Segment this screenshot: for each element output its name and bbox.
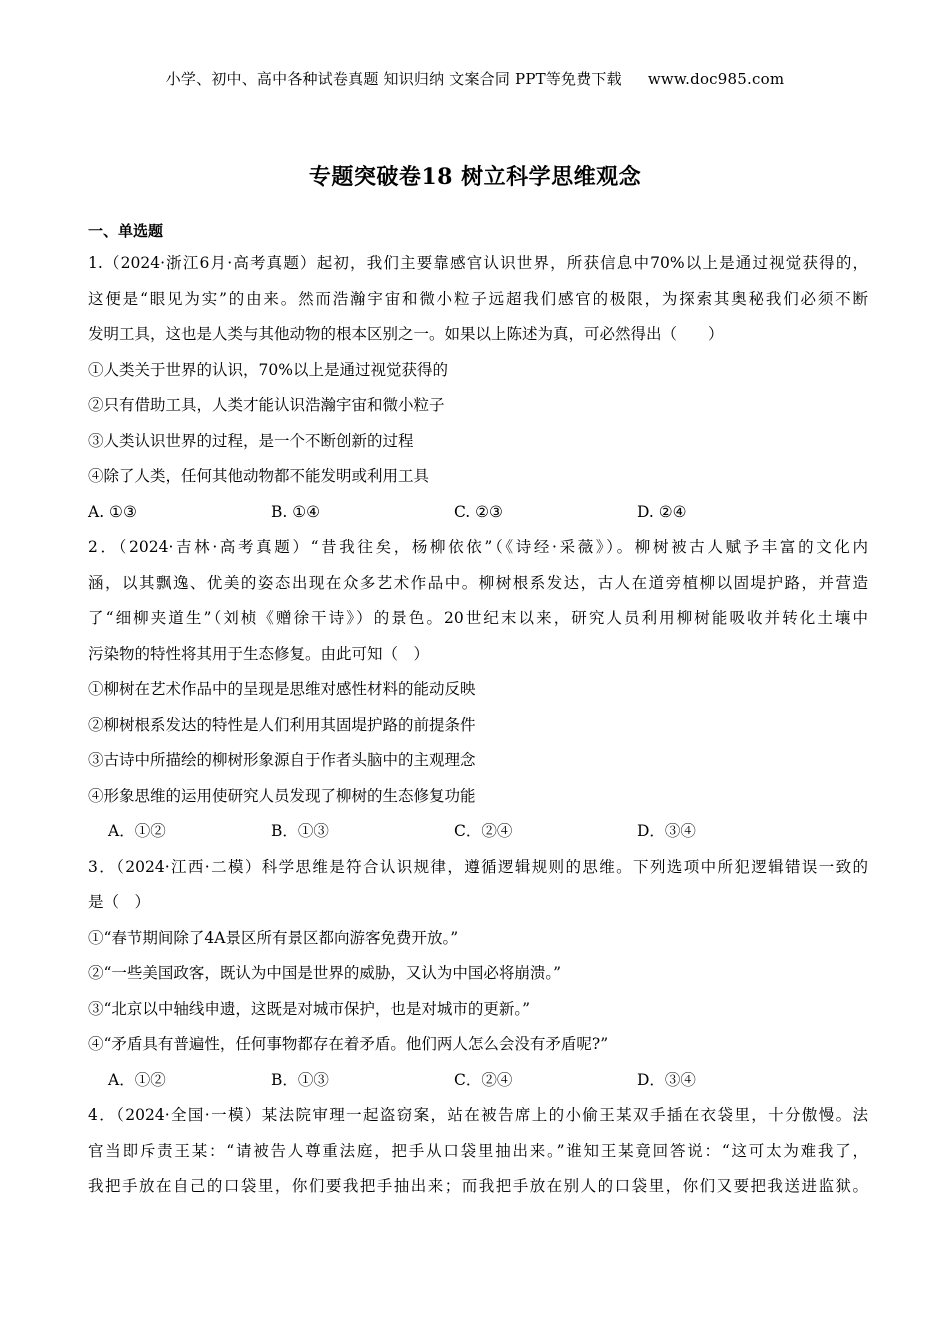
question-stem-line: 发明工具，这也是人类与其他动物的根本区别之一。如果以上陈述为真，可必然得出（ ）	[88, 321, 868, 357]
header-text: 小学、初中、高中各种试卷真题 知识归纳 文案合同 PPT等免费下载	[166, 70, 622, 88]
statement: ③“北京以中轴线申遗，这既是对城市保护，也是对城市的更新。”	[88, 996, 868, 1032]
statement: ③古诗中所描绘的柳树形象源自于作者头脑中的主观理念	[88, 747, 868, 783]
question-stem-line: 3．（2024·江西·二模）科学思维是符合认识规律，遵循逻辑规则的思维。下列选项…	[88, 854, 868, 890]
question-stem-line: 2．（2024·吉林·高考真题）“昔我往矣，杨柳依依”（《诗经·采薇》）。柳树被…	[88, 534, 868, 570]
statement: ④“矛盾具有普遍性，任何事物都存在着矛盾。他们两人怎么会没有矛盾呢?”	[88, 1031, 868, 1067]
question-stem-line: 污染物的特性将其用于生态修复。由此可知（ ）	[88, 641, 868, 677]
statement: ②柳树根系发达的特性是人们利用其固堤护路的前提条件	[88, 712, 868, 748]
option-c: C. ②③	[454, 499, 637, 535]
header-site: www.doc985.com	[648, 70, 784, 88]
option-a: A．①②	[108, 1067, 271, 1103]
option-c: C．②④	[454, 1067, 637, 1103]
answer-options: A. ①③ B. ①④ C. ②③ D. ②④	[88, 499, 868, 535]
question-stem-line: 我把手放在自己的口袋里，你们要我把手抽出来；而我把手放在别人的口袋里，你们又要把…	[88, 1173, 868, 1209]
question-stem-line: 涵，以其飘逸、优美的姿态出现在众多艺术作品中。柳树根系发达，古人在道旁植柳以固堤…	[88, 570, 868, 606]
question-stem-line: 1.（2024·浙江6月·高考真题）起初，我们主要靠感官认识世界，所获信息中70…	[88, 250, 868, 286]
question-2: 2．（2024·吉林·高考真题）“昔我往矣，杨柳依依”（《诗经·采薇》）。柳树被…	[88, 534, 868, 854]
section-heading: 一、单选题	[88, 220, 163, 241]
statement: ③人类认识世界的过程，是一个不断创新的过程	[88, 428, 868, 464]
option-b: B. ①④	[271, 499, 454, 535]
option-a: A．①②	[108, 818, 271, 854]
option-d: D. ②④	[637, 499, 820, 535]
statement: ④形象思维的运用使研究人员发现了柳树的生态修复功能	[88, 783, 868, 819]
question-stem-line: 这便是“眼见为实”的由来。然而浩瀚宇宙和微小粒子远超我们感官的极限，为探索其奥秘…	[88, 286, 868, 322]
statement: ①“春节期间除了4A景区所有景区都向游客免费开放。”	[88, 925, 868, 961]
page-title: 专题突破卷18 树立科学思维观念	[0, 160, 950, 191]
option-d: D．③④	[637, 1067, 820, 1103]
question-stem-line: 4．（2024·全国·一模）某法院审理一起盗窃案，站在被告席上的小偷王某双手插在…	[88, 1102, 868, 1138]
statement: ②只有借助工具，人类才能认识浩瀚宇宙和微小粒子	[88, 392, 868, 428]
answer-options: A．①② B．①③ C．②④ D．③④	[88, 818, 868, 854]
option-c: C．②④	[454, 818, 637, 854]
option-b: B．①③	[271, 1067, 454, 1103]
question-3: 3．（2024·江西·二模）科学思维是符合认识规律，遵循逻辑规则的思维。下列选项…	[88, 854, 868, 1103]
option-d: D．③④	[637, 818, 820, 854]
statement: ①人类关于世界的认识，70%以上是通过视觉获得的	[88, 357, 868, 393]
page-header: 小学、初中、高中各种试卷真题 知识归纳 文案合同 PPT等免费下载www.doc…	[0, 68, 950, 89]
question-1: 1.（2024·浙江6月·高考真题）起初，我们主要靠感官认识世界，所获信息中70…	[88, 250, 868, 534]
option-b: B．①③	[271, 818, 454, 854]
statement: ②“一些美国政客，既认为中国是世界的威胁，又认为中国必将崩溃。”	[88, 960, 868, 996]
option-a: A. ①③	[88, 499, 271, 535]
statement: ①柳树在艺术作品中的呈现是思维对感性材料的能动反映	[88, 676, 868, 712]
question-stem-line: 官当即斥责王某：“请被告人尊重法庭，把手从口袋里抽出来。”谁知王某竟回答说：“这…	[88, 1138, 868, 1174]
question-list: 1.（2024·浙江6月·高考真题）起初，我们主要靠感官认识世界，所获信息中70…	[88, 250, 868, 1209]
question-stem-line: 是（ ）	[88, 889, 868, 925]
answer-options: A．①② B．①③ C．②④ D．③④	[88, 1067, 868, 1103]
statement: ④除了人类，任何其他动物都不能发明或利用工具	[88, 463, 868, 499]
question-stem-line: 了“细柳夹道生”（刘桢《赠徐干诗》）的景色。20世纪末以来，研究人员利用柳树能吸…	[88, 605, 868, 641]
question-4: 4．（2024·全国·一模）某法院审理一起盗窃案，站在被告席上的小偷王某双手插在…	[88, 1102, 868, 1209]
